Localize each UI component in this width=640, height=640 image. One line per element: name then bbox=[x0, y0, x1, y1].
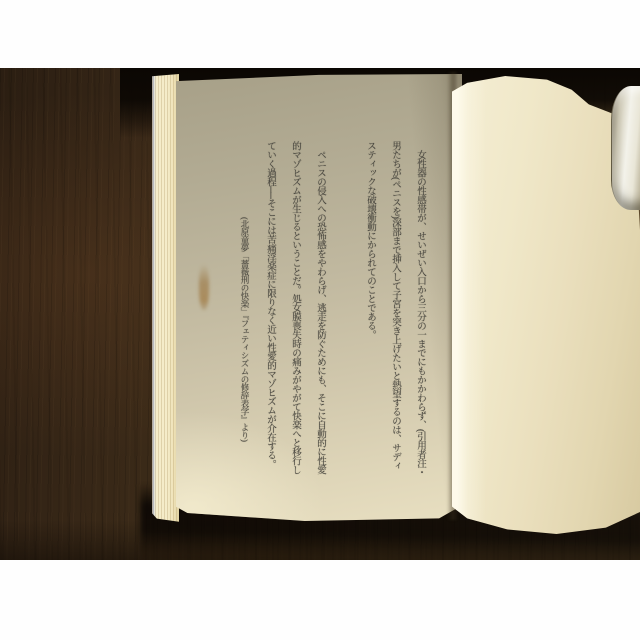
text-column: ペニスの侵入への恐怖感をやわらげ、逃走を防ぐためにも、そこに自動的に性愛 bbox=[307, 141, 332, 505]
photo-of-open-book: 女性器の性感帯が、せいぜい入口から三分の一までにもかかわらず、(引用者注・ 男た… bbox=[0, 68, 640, 560]
text-column: 的マゾヒズムが生じるということだ。処女膜喪失時の痛みがやがて快楽へと移行し bbox=[282, 141, 307, 505]
photo-frame: 女性器の性感帯が、せいぜい入口から三分の一までにもかかわらず、(引用者注・ 男た… bbox=[0, 0, 640, 640]
text-column: 女性器の性感帯が、せいぜい入口から三分の一までにもかかわらず、(引用者注・ bbox=[407, 141, 432, 505]
text-column: 男たちが(ペニスを)深部まで挿入して子宮を突き上げたいと熱望するのは、サディ bbox=[382, 141, 407, 505]
page-edge-stain bbox=[199, 264, 209, 310]
text-column: スティックな破壊衝動にかられてのことである。 bbox=[357, 141, 382, 505]
letterbox-top bbox=[0, 0, 640, 68]
glossy-object-edge bbox=[611, 86, 640, 210]
citation-line: (北原童夢「薔薇刑の快楽」『フェティシズムの修辞表学』より) bbox=[232, 141, 257, 505]
book-fore-edge-pages bbox=[152, 74, 179, 524]
text-column: ていく過程──そこには苦痛淫楽症に限りなく近い性愛的マゾヒズムが介在する。 bbox=[257, 141, 282, 505]
letterbox-bottom bbox=[0, 560, 640, 640]
page-text-block: 女性器の性感帯が、せいぜい入口から三分の一までにもかかわらず、(引用者注・ 男た… bbox=[232, 141, 432, 505]
text-column-blank bbox=[332, 141, 357, 505]
